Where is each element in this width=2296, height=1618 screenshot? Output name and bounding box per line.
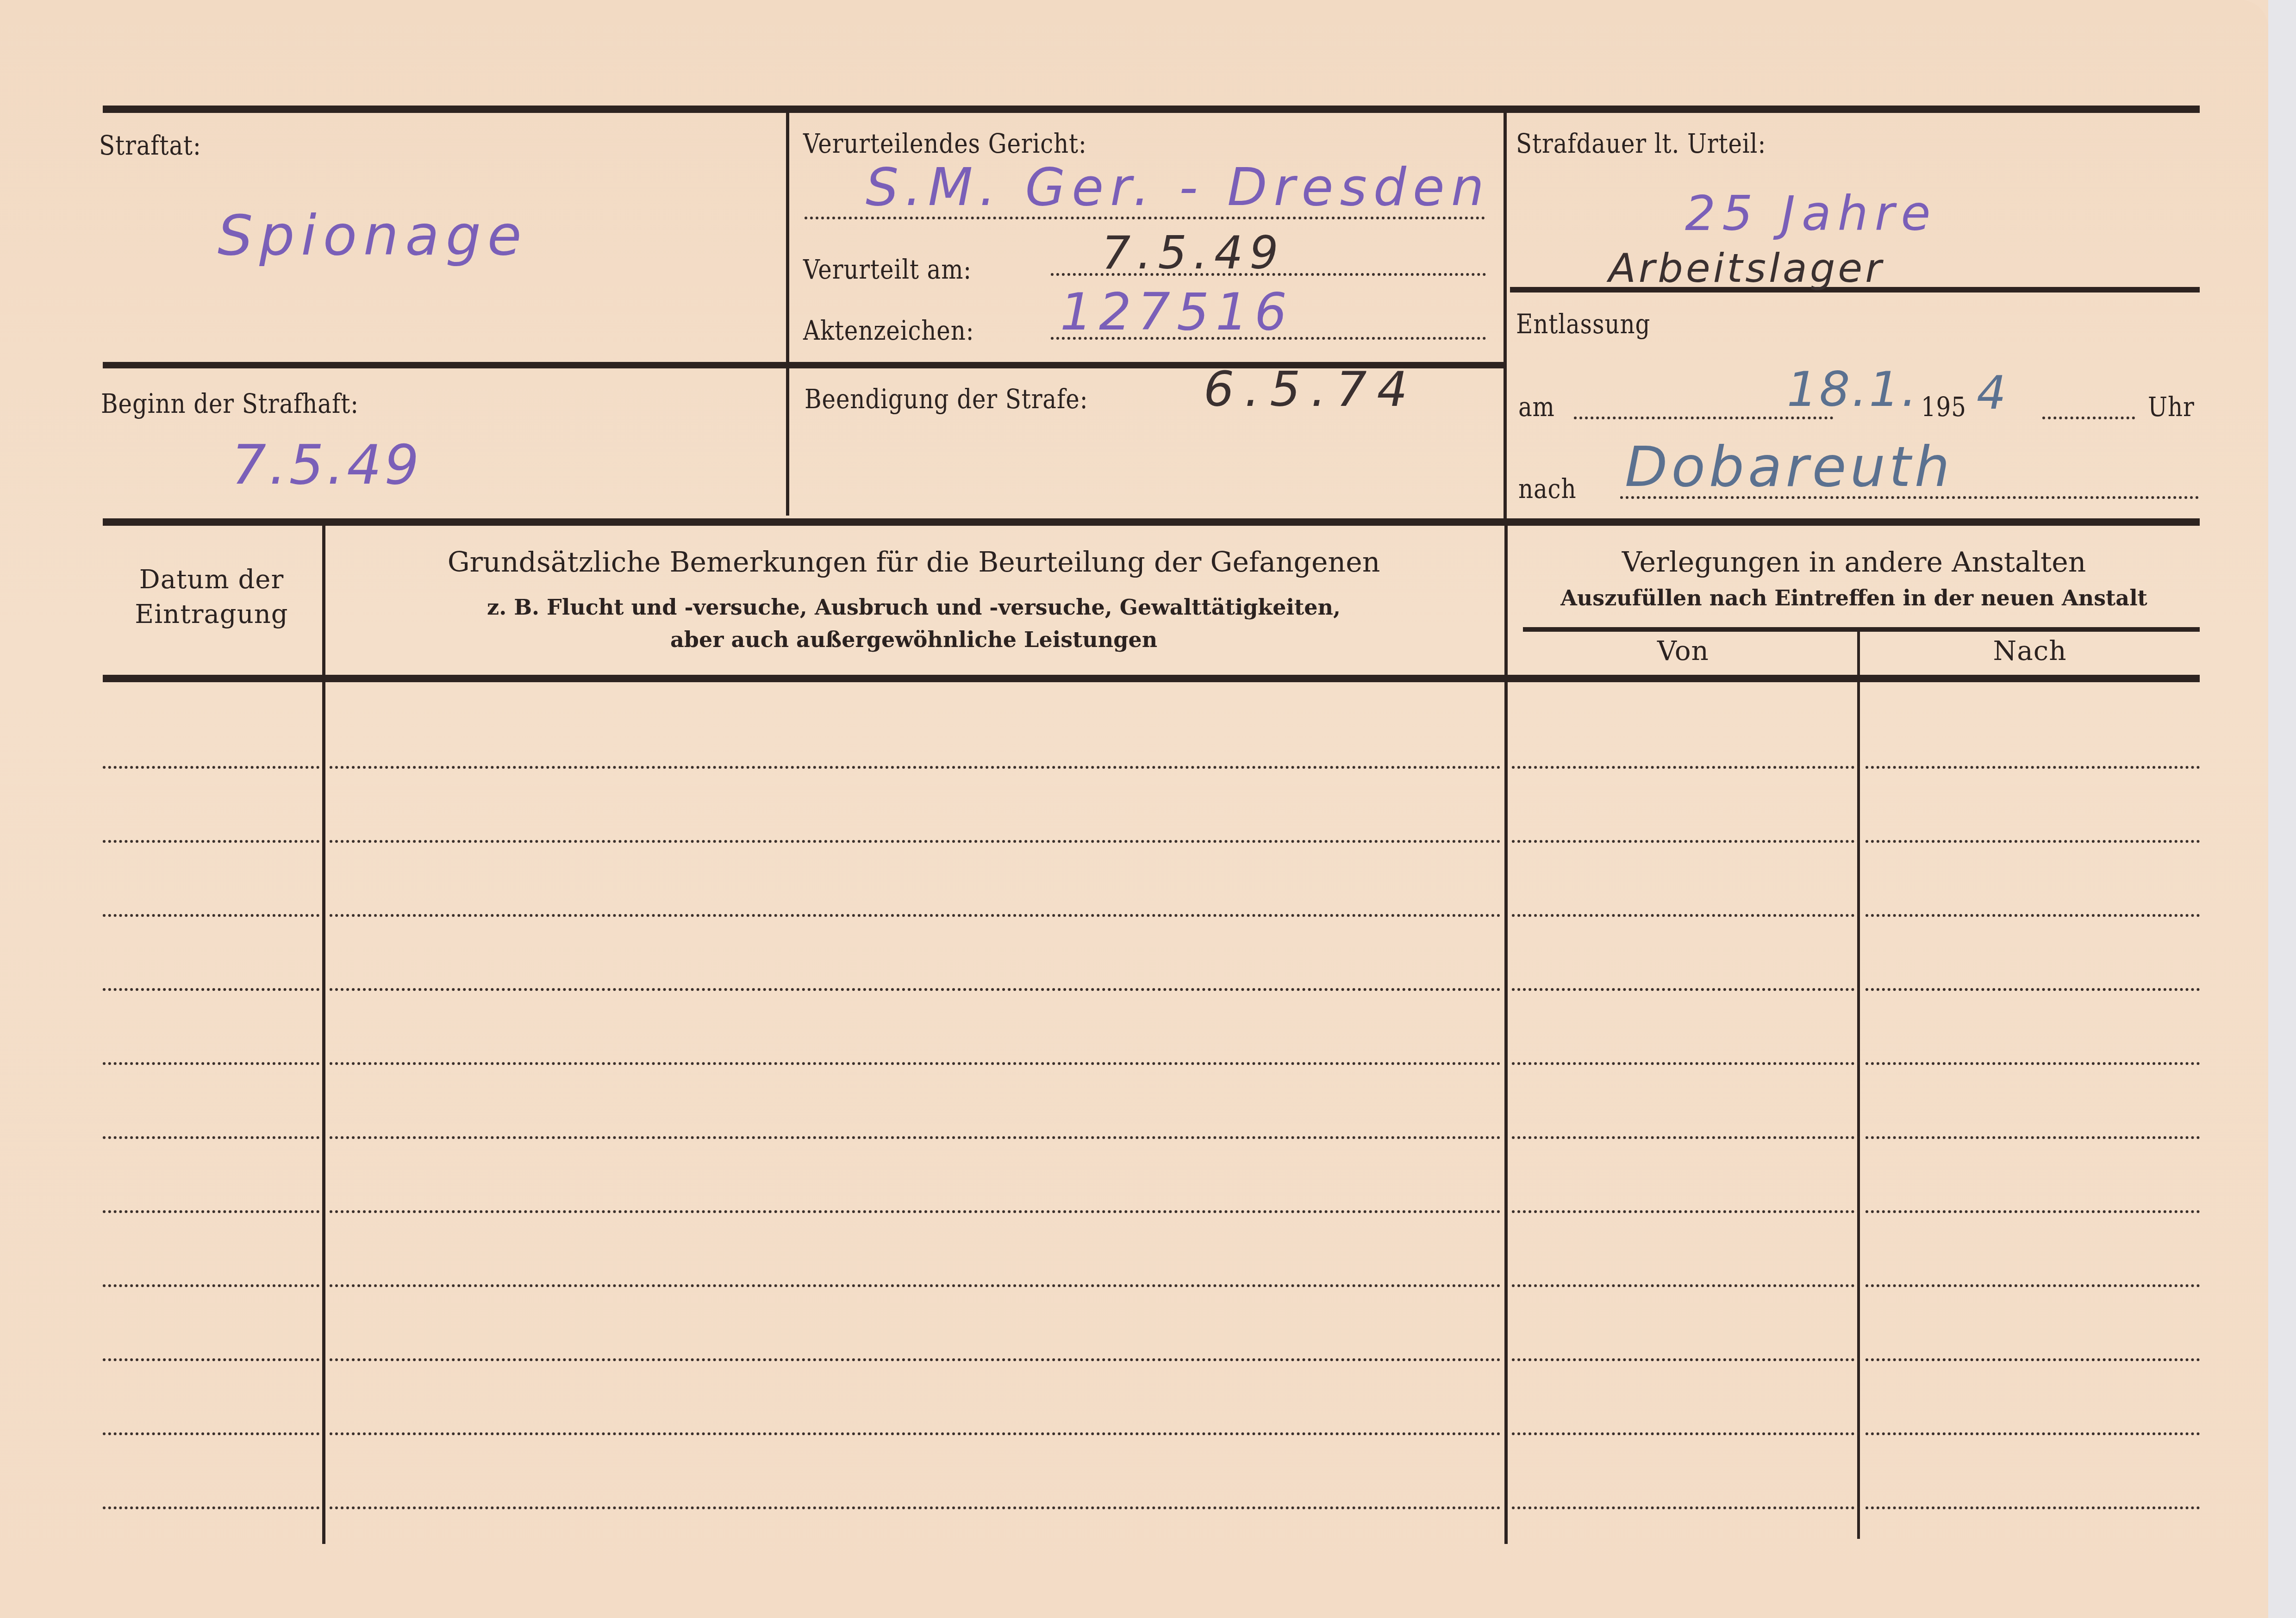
rule-above-table <box>103 518 2200 526</box>
bemerkungen-cell-line[interactable] <box>330 1210 1501 1213</box>
von-cell-line[interactable] <box>1512 766 1854 769</box>
table-col-divider-von-nach <box>1857 629 1860 1539</box>
von-cell-line[interactable] <box>1512 988 1854 991</box>
von-cell-line[interactable] <box>1512 914 1854 917</box>
datum-cell-line[interactable] <box>103 1506 319 1509</box>
bemerkungen-cell-line[interactable] <box>330 1506 1501 1509</box>
beginn-value: 7.5.49 <box>231 433 422 497</box>
gericht-value: S.M. Ger. - Dresden <box>866 157 1491 218</box>
von-cell-line[interactable] <box>1512 1136 1854 1139</box>
entlassung-year-prefix: 195 <box>1921 391 1966 423</box>
beendigung-value: 6.5.74 <box>1204 361 1418 417</box>
nach-cell-line[interactable] <box>1865 840 2200 843</box>
verurteilt-am-label: Verurteilt am: <box>803 254 972 285</box>
entlassung-am-value: 18.1. <box>1787 361 1919 417</box>
col-verlegungen-title: Verlegungen in andere Anstalten <box>1509 546 2199 579</box>
nach-cell-line[interactable] <box>1865 1062 2200 1065</box>
top-rule <box>103 106 2200 113</box>
straftat-label: Straftat: <box>99 130 201 161</box>
entlassung-nach-dotted-line <box>1620 496 2199 499</box>
strafdauer-label: Strafdauer lt. Urteil: <box>1516 128 1766 159</box>
verurteilt-am-value: 7.5.49 <box>1102 227 1285 280</box>
von-cell-line[interactable] <box>1512 1210 1854 1213</box>
bemerkungen-cell-line[interactable] <box>330 1358 1501 1361</box>
nach-cell-line[interactable] <box>1865 1358 2200 1361</box>
col-von-header: Von <box>1509 635 1857 666</box>
bemerkungen-cell-line[interactable] <box>330 914 1501 917</box>
nach-cell-line[interactable] <box>1865 988 2200 991</box>
bemerkungen-cell-line[interactable] <box>330 1284 1501 1287</box>
strafdauer-value-line1: 25 Jahre <box>1685 185 1937 242</box>
von-cell-line[interactable] <box>1512 1062 1854 1065</box>
col-nach-header: Nach <box>1861 635 2199 666</box>
entlassung-nach-value: Dobareuth <box>1625 435 1953 499</box>
entlassung-label: Entlassung <box>1516 308 1650 340</box>
entlassung-uhr-label: Uhr <box>2148 391 2195 423</box>
nach-cell-line[interactable] <box>1865 1284 2200 1287</box>
nach-cell-line[interactable] <box>1865 1136 2200 1139</box>
von-cell-line[interactable] <box>1512 1432 1854 1435</box>
gericht-dotted-line <box>805 217 1485 219</box>
col-bemerkungen-subtitle-line2: aber auch außergewöhnliche Leistungen <box>326 627 1502 652</box>
beendigung-label: Beendigung der Strafe: <box>805 383 1088 415</box>
datum-cell-line[interactable] <box>103 1210 319 1213</box>
col-datum-header-line2: Eintragung <box>103 599 320 629</box>
nach-cell-line[interactable] <box>1865 766 2200 769</box>
datum-cell-line[interactable] <box>103 988 319 991</box>
scan-background-edge <box>2268 0 2296 1618</box>
bemerkungen-cell-line[interactable] <box>330 1432 1501 1435</box>
gericht-label: Verurteilendes Gericht: <box>803 128 1087 159</box>
nach-cell-line[interactable] <box>1865 1506 2200 1509</box>
straftat-value: Spionage <box>218 204 528 268</box>
entlassung-year-suffix: 4 <box>1977 366 2013 420</box>
nach-cell-line[interactable] <box>1865 1432 2200 1435</box>
bemerkungen-cell-line[interactable] <box>330 1136 1501 1139</box>
entlassung-am-label: am <box>1518 391 1555 423</box>
col-datum-header-line1: Datum der <box>103 565 320 595</box>
datum-cell-line[interactable] <box>103 1432 319 1435</box>
beginn-label: Beginn der Strafhaft: <box>101 388 359 419</box>
nach-cell-line[interactable] <box>1865 1210 2200 1213</box>
strafdauer-value-line2: Arbeitslager <box>1609 245 1884 292</box>
entlassung-nach-label: nach <box>1518 473 1576 504</box>
datum-cell-line[interactable] <box>103 1136 319 1139</box>
von-cell-line[interactable] <box>1512 1284 1854 1287</box>
nach-cell-line[interactable] <box>1865 914 2200 917</box>
datum-cell-line[interactable] <box>103 766 319 769</box>
entlassung-uhr-dotted-line <box>2042 417 2135 419</box>
datum-cell-line[interactable] <box>103 1062 319 1065</box>
von-cell-line[interactable] <box>1512 1506 1854 1509</box>
datum-cell-line[interactable] <box>103 1284 319 1287</box>
aktenzeichen-dotted-line <box>1051 337 1486 340</box>
divider-top-left <box>786 113 789 516</box>
aktenzeichen-value: 127516 <box>1060 282 1293 342</box>
bemerkungen-cell-line[interactable] <box>330 766 1501 769</box>
datum-cell-line[interactable] <box>103 914 319 917</box>
von-cell-line[interactable] <box>1512 1358 1854 1361</box>
bemerkungen-cell-line[interactable] <box>330 988 1501 991</box>
col-bemerkungen-subtitle-line1: z. B. Flucht und -versuche, Ausbruch und… <box>326 595 1502 620</box>
verurteilt-am-dotted-line <box>1051 273 1486 276</box>
von-cell-line[interactable] <box>1512 840 1854 843</box>
col-verlegungen-subtitle: Auszufüllen nach Eintreffen in der neuen… <box>1509 585 2199 610</box>
aktenzeichen-label: Aktenzeichen: <box>803 315 974 346</box>
bemerkungen-cell-line[interactable] <box>330 1062 1501 1065</box>
table-header-bottom-rule <box>103 675 2200 682</box>
datum-cell-line[interactable] <box>103 840 319 843</box>
divider-top-right <box>1504 113 1507 520</box>
col-bemerkungen-title: Grundsätzliche Bemerkungen für die Beurt… <box>326 546 1502 579</box>
rule-under-verlegungen-title <box>1523 627 2200 632</box>
datum-cell-line[interactable] <box>103 1358 319 1361</box>
bemerkungen-cell-line[interactable] <box>330 840 1501 843</box>
